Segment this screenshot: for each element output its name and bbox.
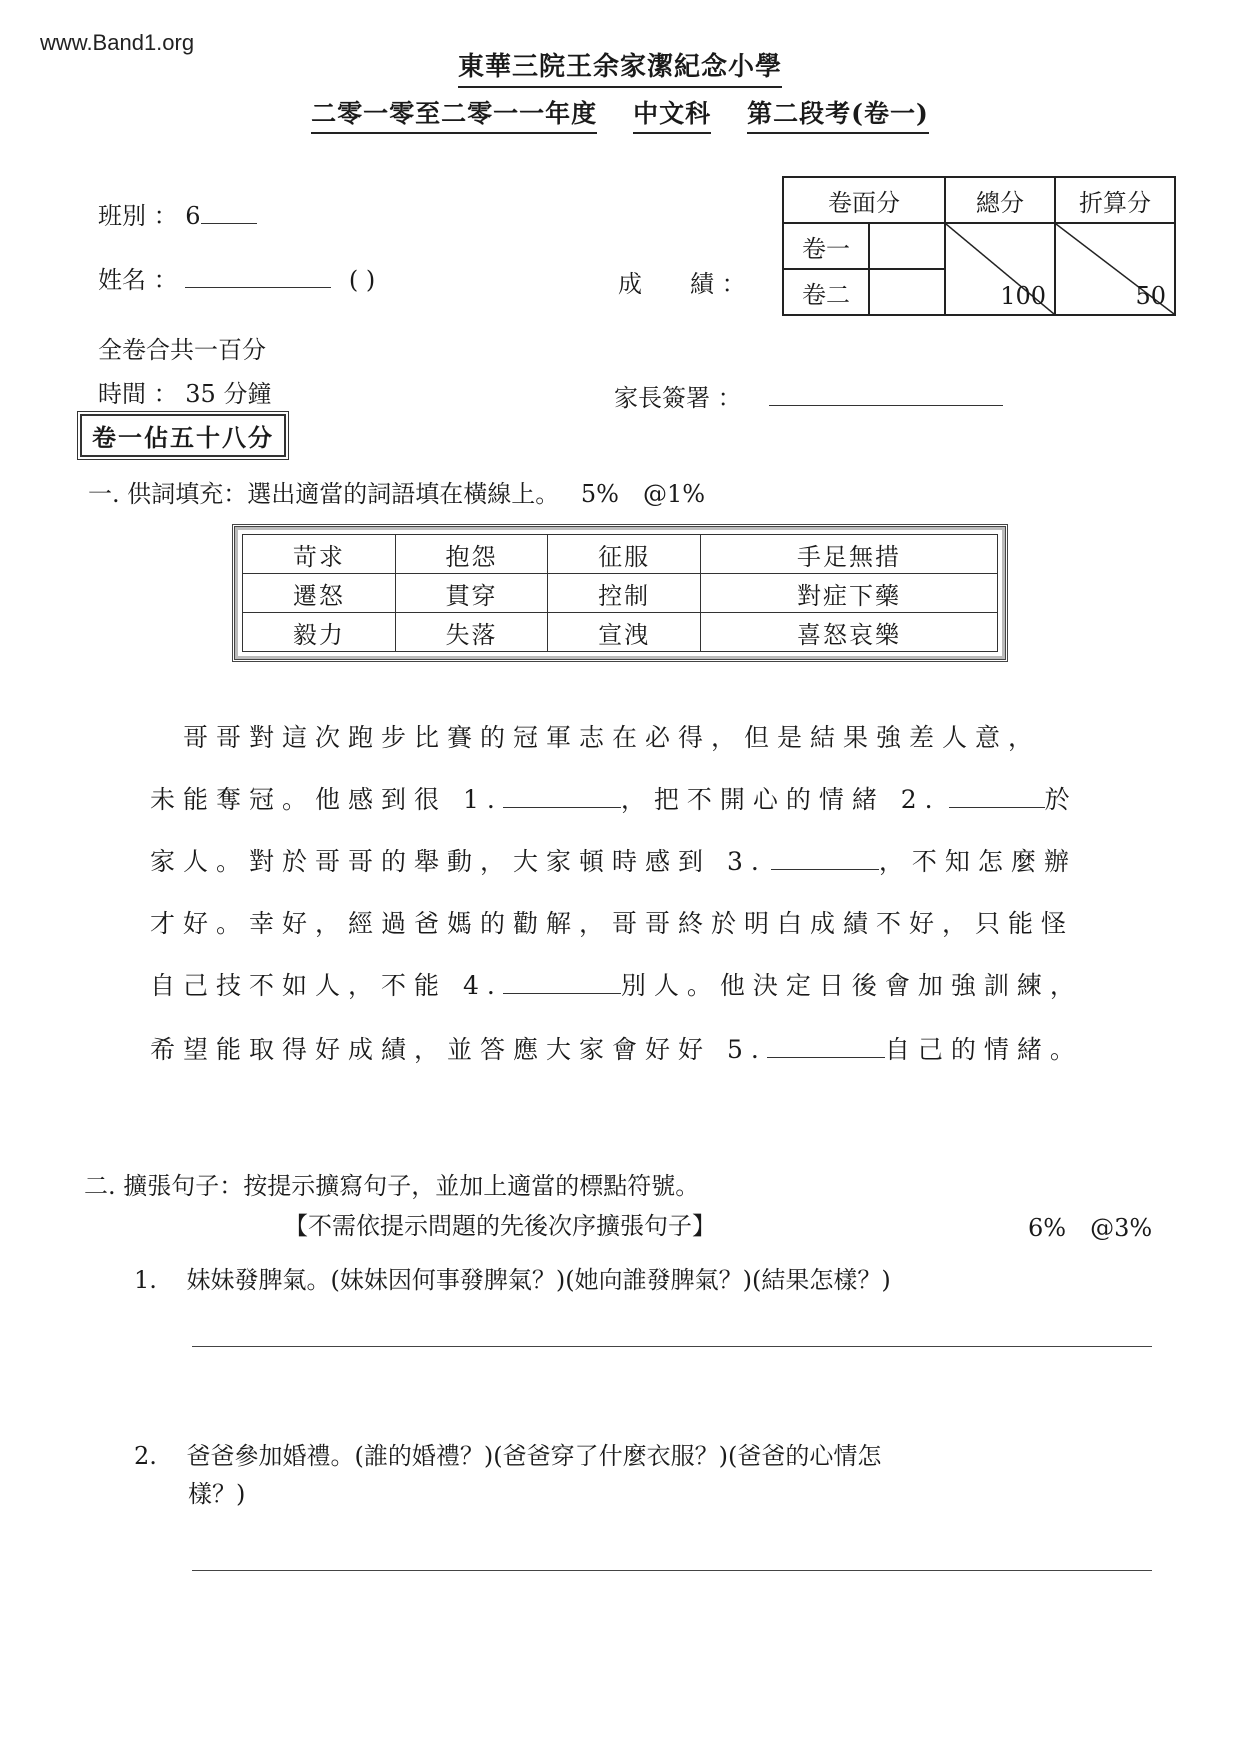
- parent-sign-field: 家長簽署 ：: [614, 378, 1003, 413]
- passage-text: ，不知怎麼辦: [879, 847, 1077, 876]
- passage-line-1: 哥哥對這次跑步比賽的冠軍志在必得，但是結果強差人意，: [150, 718, 1130, 754]
- question-text: 爸爸參加婚禮。(誰的婚禮？)(爸爸穿了什麼衣服？)(爸爸的心情怎: [187, 1442, 882, 1470]
- time-field: 時間 ： 35 分鐘: [98, 374, 271, 409]
- answer-line-2[interactable]: [192, 1570, 1152, 1571]
- passage-line-4: 才好。幸好，經過爸媽的勸解，哥哥終於明白成績不好，只能怪: [150, 904, 1130, 940]
- section1-title: 一. 供詞填充：選出適當的詞語填在橫線上。: [88, 480, 559, 508]
- total-marks-note: 全卷合共一百分: [98, 330, 266, 365]
- time-label: 時間 ：: [98, 380, 178, 408]
- passage-line-6: 希望能取得好成績，並答應大家會好好 5.自己的情緒。: [150, 1030, 1130, 1066]
- row-paper1: 卷一: [783, 223, 869, 269]
- name-label: 姓名 ：: [98, 266, 178, 294]
- section2-note: 【不需依提示問題的先後次序擴張句子】: [284, 1206, 716, 1241]
- passage-text: ，把不開心的情緒 2.: [621, 785, 941, 814]
- school-title: 東華三院王余家潔紀念小學: [0, 46, 1240, 83]
- question-text: 妹妹發脾氣。(妹妹因何事發脾氣？)(她向誰發脾氣？)(結果怎樣？): [187, 1266, 891, 1294]
- paper-weight-box: 卷一佔五十八分: [80, 414, 286, 457]
- blank-2[interactable]: [949, 787, 1045, 808]
- exam-name: 第二段考(卷一): [747, 99, 929, 134]
- word-cell: 貫穿: [395, 574, 548, 613]
- passage-text: 自己技不如人，不能 4.: [150, 971, 503, 1000]
- paper1-score-cell[interactable]: [869, 223, 945, 269]
- passage-text: 自己的情緒。: [885, 1035, 1083, 1064]
- time-value: 35 分鐘: [185, 380, 271, 408]
- paper2-score-cell[interactable]: [869, 269, 945, 315]
- converted-cell: 50: [1055, 223, 1175, 315]
- blank-1[interactable]: [503, 787, 621, 808]
- blank-3[interactable]: [771, 849, 879, 870]
- word-cell: 苛求: [243, 535, 396, 574]
- exam-title: 二零一零至二零一一年度中文科第二段考(卷一): [0, 94, 1240, 130]
- row-paper2: 卷二: [783, 269, 869, 315]
- section1-marks: 5% @1%: [581, 480, 705, 508]
- passage-text: 希望能取得好成績，並答應大家會好好 5.: [150, 1035, 767, 1064]
- word-cell: 控制: [548, 574, 701, 613]
- class-input-line[interactable]: [201, 205, 257, 224]
- word-cell: 毅力: [243, 613, 396, 652]
- exam-year: 二零一零至二零一一年度: [311, 99, 597, 134]
- word-cell: 手足無措: [700, 535, 997, 574]
- passage-line-5: 自己技不如人，不能 4.別人。他決定日後會加強訓練，: [150, 966, 1130, 1002]
- word-cell: 征服: [548, 535, 701, 574]
- name-field: 姓名 ： ( ): [98, 260, 375, 295]
- class-value: 6: [185, 202, 200, 230]
- word-cell: 失落: [395, 613, 548, 652]
- passage-text: 別人。他決定日後會加強訓練，: [621, 971, 1083, 1000]
- passage-text: 哥哥對這次跑步比賽的冠軍志在必得，但是結果強差人意，: [150, 723, 1041, 752]
- name-input-line[interactable]: [185, 269, 331, 288]
- class-field: 班別 ： 6: [98, 196, 257, 231]
- passage-line-2: 未能奪冠。他感到很 1.，把不開心的情緒 2.於: [150, 780, 1130, 816]
- word-cell: 抱怨: [395, 535, 548, 574]
- passage-text: 才好。幸好，經過爸媽的勸解，哥哥終於明白成績不好，只能怪: [150, 909, 1074, 938]
- grade-label: 成 績 ：: [618, 264, 746, 299]
- school-name: 東華三院王余家潔紀念小學: [458, 52, 782, 88]
- header-total: 總分: [945, 177, 1055, 223]
- answer-line-1[interactable]: [192, 1346, 1152, 1347]
- word-cell: 遷怒: [243, 574, 396, 613]
- passage-text: 未能奪冠。他感到很 1.: [150, 785, 503, 814]
- header-paper-score: 卷面分: [783, 177, 945, 223]
- score-table: 卷面分 總分 折算分 卷一 100 50 卷二: [782, 176, 1176, 316]
- section2-title: 二. 擴張句子：按提示擴寫句子，並加上適當的標點符號。: [84, 1166, 699, 1201]
- parent-sign-line[interactable]: [769, 387, 1003, 406]
- word-cell: 對症下藥: [700, 574, 997, 613]
- word-cell: 宣洩: [548, 613, 701, 652]
- parent-sign-label: 家長簽署 ：: [614, 384, 742, 412]
- word-bank: 苛求 抱怨 征服 手足無措 遷怒 貫穿 控制 對症下藥 毅力 失落 宣洩 喜怒哀…: [232, 524, 1008, 662]
- blank-4[interactable]: [503, 973, 621, 994]
- passage-text: 於: [1045, 785, 1078, 814]
- total-cell: 100: [945, 223, 1055, 315]
- section2-marks: 6% @3%: [1028, 1208, 1152, 1243]
- header-converted: 折算分: [1055, 177, 1175, 223]
- total-value: 100: [1000, 282, 1046, 310]
- exam-subject: 中文科: [633, 99, 711, 134]
- word-cell: 喜怒哀樂: [700, 613, 997, 652]
- question-number: 2.: [134, 1442, 157, 1470]
- question-2: 2. 爸爸參加婚禮。(誰的婚禮？)(爸爸穿了什麼衣服？)(爸爸的心情怎: [134, 1436, 881, 1471]
- passage-line-3: 家人。對於哥哥的舉動，大家頓時感到 3.，不知怎麼辦: [150, 842, 1130, 878]
- question-2-continued: 樣？): [188, 1474, 245, 1509]
- question-1: 1. 妹妹發脾氣。(妹妹因何事發脾氣？)(她向誰發脾氣？)(結果怎樣？): [134, 1260, 891, 1295]
- passage-text: 家人。對於哥哥的舉動，大家頓時感到 3.: [150, 847, 767, 876]
- question-number: 1.: [134, 1266, 157, 1294]
- converted-value: 50: [1135, 282, 1166, 310]
- blank-5[interactable]: [767, 1037, 885, 1058]
- class-number-paren: ( ): [349, 266, 375, 294]
- section1-heading: 一. 供詞填充：選出適當的詞語填在橫線上。 5% @1%: [88, 474, 705, 509]
- class-label: 班別 ：: [98, 202, 178, 230]
